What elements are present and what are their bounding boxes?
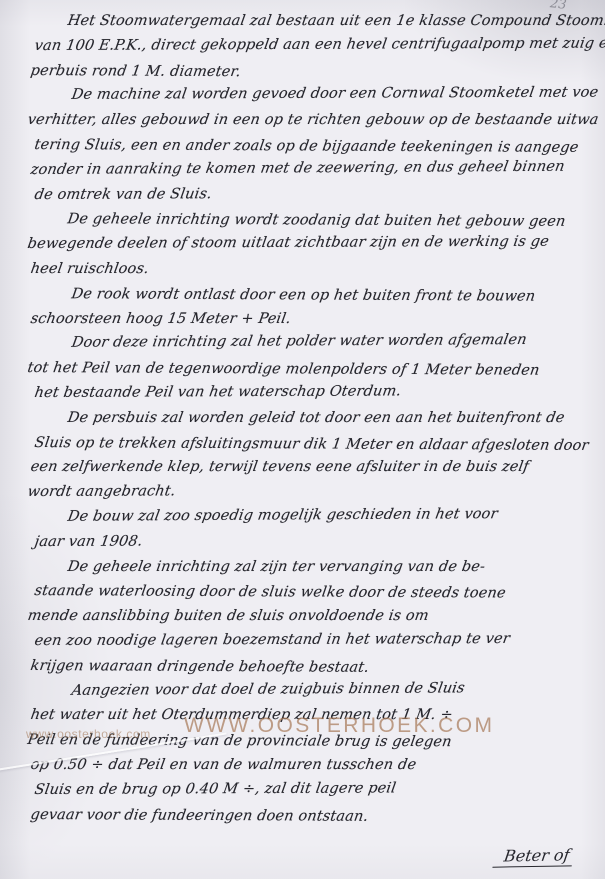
manuscript-line: Door deze inrichting zal het polder wate… [32, 332, 596, 360]
scanned-manuscript-page: 23 Het Stoomwatergemaal zal bestaan uit … [0, 0, 605, 879]
manuscript-line: op 0.50 ÷ dat Peil en van de walmuren tu… [28, 757, 595, 782]
catchword-signature: Beter of [492, 845, 575, 867]
manuscript-line: staande waterloosing door de sluis welke… [32, 583, 594, 611]
manuscript-line: de omtrek van de Sluis. [32, 184, 595, 211]
manuscript-line: Sluis en de brug op 0.40 M ÷, zal dit la… [32, 779, 595, 806]
manuscript-line: een zelfwerkende klep, terwijl tevens ee… [28, 459, 595, 484]
manuscript-line: zonder in aanraking te komen met de zeew… [28, 158, 596, 186]
manuscript-line: De machine zal worden gevoed door een Co… [32, 85, 595, 112]
manuscript-line: De geheele inrichting zal zijn ter verva… [28, 559, 595, 584]
manuscript-line: De bouw zal zoo spoedig mogelijk geschie… [28, 505, 596, 533]
manuscript-line: jaar van 1908. [32, 531, 595, 558]
manuscript-line: gevaar voor die fundeeringen doen ontsta… [28, 807, 594, 835]
manuscript-line: wordt aangebracht. [25, 482, 595, 509]
manuscript-line: De persbuis zal worden geleid tot door e… [28, 410, 595, 435]
manuscript-line: het bestaande Peil van het waterschap Ot… [32, 383, 595, 410]
watermark-small: www.oosterhoek.com [26, 727, 151, 741]
page-number: 23 [550, 0, 568, 13]
manuscript-line: heel ruischloos. [28, 261, 595, 286]
manuscript-line: Het Stoomwatergemaal zal bestaan uit een… [28, 13, 595, 38]
manuscript-line: verhitter, alles gebouwd in een op te ri… [25, 112, 595, 137]
manuscript-text: Het Stoomwatergemaal zal bestaan uit een… [30, 13, 593, 831]
manuscript-line: De rook wordt ontlast door een op het bu… [32, 286, 594, 314]
watermark-large: WWW.OOSTERHOEK.COM [184, 714, 494, 738]
manuscript-line: Aangezien voor dat doel de zuigbuis binn… [32, 679, 596, 707]
manuscript-line: een zoo noodige lageren boezemstand in h… [32, 630, 595, 657]
manuscript-line: mende aanslibbing buiten de sluis onvold… [25, 608, 595, 633]
manuscript-line: van 100 E.P.K., direct gekoppeld aan een… [32, 35, 595, 62]
manuscript-line: bewegende deelen of stoom uitlaat zichtb… [25, 234, 595, 261]
